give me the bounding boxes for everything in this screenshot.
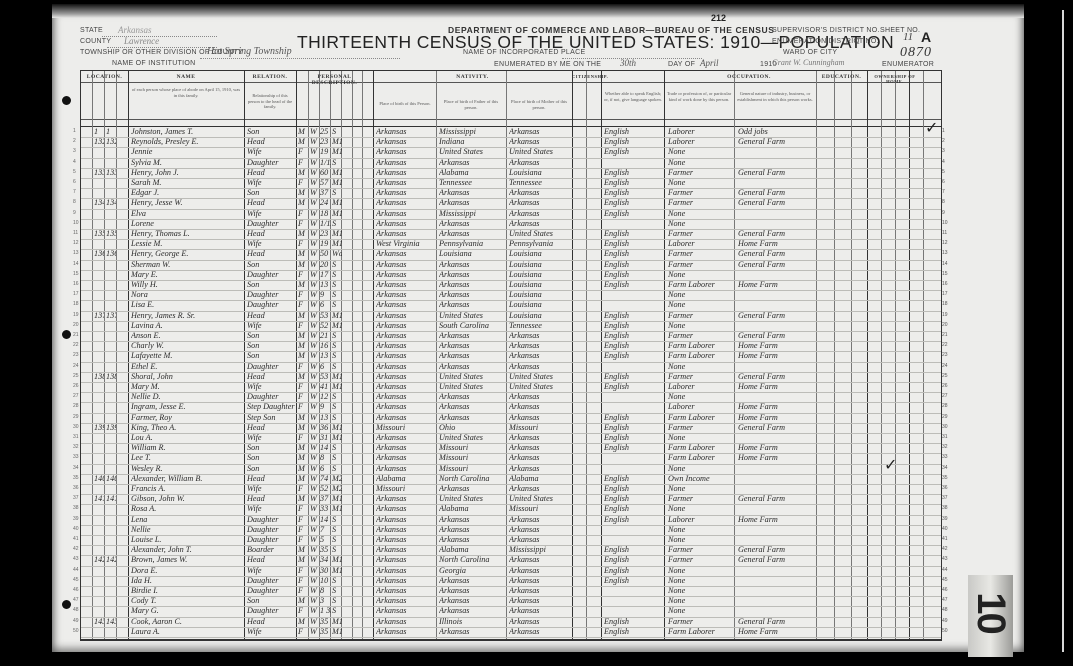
cell-bm: Arkansas <box>509 362 571 372</box>
line-number: 6 <box>73 179 76 185</box>
cell-b: Arkansas <box>376 351 435 361</box>
cell-age: 12 <box>320 392 331 402</box>
line-number: 39 <box>942 516 948 522</box>
cell-lang: English <box>604 443 662 453</box>
line-number: 46 <box>73 587 79 593</box>
cell-ms: S <box>332 219 342 229</box>
cell-age: 37 <box>320 188 331 198</box>
cell-b: Arkansas <box>376 198 435 208</box>
cell-occ: Farmer <box>668 331 732 341</box>
cell-age: 25 <box>320 127 331 137</box>
line-number: 12 <box>73 240 79 246</box>
page-number: 212 <box>711 13 726 23</box>
cell-age: 8 <box>320 453 331 463</box>
cell-race: W <box>310 229 319 239</box>
cell-lang <box>604 464 662 474</box>
cell-sex: F <box>298 209 308 219</box>
cell-b: Arkansas <box>376 566 435 576</box>
cell-dw <box>94 260 104 270</box>
cell-dw <box>94 290 104 300</box>
cell-bf: Tennessee <box>439 178 505 188</box>
cell-name: Louise L. <box>131 535 243 545</box>
cell-name: Mary G. <box>131 606 243 616</box>
cell-race: W <box>310 198 319 208</box>
cell-fam <box>106 464 116 474</box>
cell-bf: Arkansas <box>439 525 505 535</box>
cell-rel: Daughter <box>247 290 295 300</box>
sheet-letter: A <box>921 29 931 45</box>
cell-age: 52 <box>320 484 331 494</box>
cell-ms: S <box>332 290 342 300</box>
cell-ms: M1 <box>332 311 342 321</box>
cell-b: Arkansas <box>376 362 435 372</box>
cell-b: Arkansas <box>376 504 435 514</box>
cell-b: Arkansas <box>376 219 435 229</box>
state-value: Arkansas <box>118 25 152 35</box>
cell-name: Henry, John J. <box>131 168 243 178</box>
cell-ms: M1 <box>332 147 342 157</box>
cell-ind: General Farm <box>738 423 814 433</box>
cell-name: Dora E. <box>131 566 243 576</box>
cell-fam <box>106 443 116 453</box>
cell-sex: M <box>298 474 308 484</box>
line-number: 2 <box>942 138 945 144</box>
cell-bm: Arkansas <box>509 443 571 453</box>
cell-b: Arkansas <box>376 382 435 392</box>
cell-ms: S <box>332 351 342 361</box>
section-citizenship: CITIZENSHIP. <box>572 74 601 79</box>
cell-dw: 140 <box>94 474 104 484</box>
cell-name: Lee T. <box>131 453 243 463</box>
cell-rel: Son <box>247 331 295 341</box>
cell-bf: Alabama <box>439 504 505 514</box>
cell-bm: Arkansas <box>509 464 571 474</box>
cell-occ: None <box>668 525 732 535</box>
cell-occ: Farm Laborer <box>668 341 732 351</box>
line-number: 42 <box>942 546 948 552</box>
cell-bf: Arkansas <box>439 219 505 229</box>
line-number: 13 <box>942 250 948 256</box>
cell-occ: None <box>668 392 732 402</box>
cell-age: 13 <box>320 280 331 290</box>
cell-dw <box>94 178 104 188</box>
cell-bf: Pennsylvania <box>439 239 505 249</box>
cell-dw <box>94 188 104 198</box>
cell-sex: M <box>298 545 308 555</box>
cell-bf: Ohio <box>439 423 505 433</box>
line-number: 13 <box>73 250 79 256</box>
cell-bf: Georgia <box>439 566 505 576</box>
cell-name: Alexander, John T. <box>131 545 243 555</box>
cell-race: W <box>310 321 319 331</box>
cell-ms: M2 <box>332 484 342 494</box>
cell-dw <box>94 525 104 535</box>
cell-b: Arkansas <box>376 260 435 270</box>
cell-b: Arkansas <box>376 168 435 178</box>
cell-dw: 143 <box>94 617 104 627</box>
cell-age: 57 <box>320 178 331 188</box>
cell-name: Cook, Aaron C. <box>131 617 243 627</box>
cell-dw <box>94 576 104 586</box>
line-number: 18 <box>73 301 79 307</box>
cell-ind: General Farm <box>738 198 814 208</box>
cell-lang <box>604 525 662 535</box>
section-occupation: OCCUPATION. <box>664 74 834 80</box>
cell-bf: North Carolina <box>439 555 505 565</box>
cell-ms: M1 <box>332 423 342 433</box>
cell-rel: Daughter <box>247 270 295 280</box>
cell-age: 35 <box>320 545 331 555</box>
cell-rel: Son <box>247 341 295 351</box>
cell-b: Arkansas <box>376 525 435 535</box>
line-number: 24 <box>73 363 79 369</box>
cell-sex: F <box>298 566 308 576</box>
cell-age: 5 <box>320 535 331 545</box>
cell-bm: Tennessee <box>509 321 571 331</box>
cell-ind: Home Farm <box>738 627 814 637</box>
cell-name: Lena <box>131 515 243 525</box>
cell-race: W <box>310 158 319 168</box>
cell-bf: Arkansas <box>439 188 505 198</box>
cell-bm: United States <box>509 494 571 504</box>
cell-rel: Head <box>247 494 295 504</box>
cell-age: 7 <box>320 525 331 535</box>
cell-name: Cody T. <box>131 596 243 606</box>
cell-bm: Arkansas <box>509 341 571 351</box>
cell-ms: M1 <box>332 382 342 392</box>
line-number: 49 <box>73 618 79 624</box>
cell-rel: Head <box>247 617 295 627</box>
cell-fam: 139 <box>106 423 116 433</box>
cell-race: W <box>310 137 319 147</box>
line-number: 25 <box>942 373 948 379</box>
cell-rel: Head <box>247 198 295 208</box>
cell-race: W <box>310 382 319 392</box>
cell-bm: Arkansas <box>509 586 571 596</box>
cell-name: Wesley R. <box>131 464 243 474</box>
cell-fam <box>106 260 116 270</box>
cell-rel: Son <box>247 280 295 290</box>
cell-bm: Arkansas <box>509 351 571 361</box>
cell-sex: M <box>298 453 308 463</box>
cell-bf: Arkansas <box>439 484 505 494</box>
line-number: 32 <box>942 444 948 450</box>
line-number: 10 <box>942 220 948 226</box>
cell-bf: Missouri <box>439 443 505 453</box>
line-number: 25 <box>73 373 79 379</box>
binder-hole <box>62 330 71 339</box>
cell-rel: Daughter <box>247 606 295 616</box>
cell-bf: Arkansas <box>439 229 505 239</box>
line-number: 20 <box>73 322 79 328</box>
cell-ind: General Farm <box>738 137 814 147</box>
cell-bf: Arkansas <box>439 627 505 637</box>
line-number: 11 <box>73 230 78 236</box>
cell-dw: 1 <box>94 127 104 137</box>
cell-rel: Daughter <box>247 392 295 402</box>
cell-age: 36 <box>320 423 331 433</box>
cell-lang: English <box>604 209 662 219</box>
cell-ind <box>738 586 814 596</box>
cell-b: Arkansas <box>376 606 435 616</box>
cell-dw <box>94 413 104 423</box>
cell-b: Arkansas <box>376 586 435 596</box>
cell-sex: M <box>298 596 308 606</box>
cell-bf: Arkansas <box>439 586 505 596</box>
cell-name: Mary E. <box>131 270 243 280</box>
cell-sex: F <box>298 321 308 331</box>
cell-rel: Son <box>247 453 295 463</box>
line-number: 42 <box>73 546 79 552</box>
cell-ind: Home Farm <box>738 453 814 463</box>
cell-occ: None <box>668 586 732 596</box>
cell-bm: Arkansas <box>509 219 571 229</box>
cell-fam <box>106 525 116 535</box>
cell-lang: English <box>604 147 662 157</box>
cell-ms: M1 <box>332 555 342 565</box>
cell-sex: F <box>298 627 308 637</box>
cell-sex: M <box>298 137 308 147</box>
cell-lang <box>604 453 662 463</box>
cell-rel: Son <box>247 260 295 270</box>
cell-occ: Farm Laborer <box>668 413 732 423</box>
cell-sex: M <box>298 249 308 259</box>
cell-name: Henry, George E. <box>131 249 243 259</box>
cell-race: W <box>310 433 319 443</box>
cell-b: Arkansas <box>376 555 435 565</box>
cell-age: 53 <box>320 372 331 382</box>
line-number: 38 <box>942 505 948 511</box>
cell-occ: Farm Laborer <box>668 280 732 290</box>
cell-sex: M <box>298 555 308 565</box>
cell-age: 52 <box>320 321 331 331</box>
cell-age: 6 <box>320 300 331 310</box>
cell-sex: F <box>298 178 308 188</box>
line-number: 46 <box>942 587 948 593</box>
cell-fam <box>106 188 116 198</box>
population-schedule-table: LOCATION. NAME RELATION. PERSONAL DESCRI… <box>80 70 942 641</box>
cell-fam: 1 <box>106 127 116 137</box>
cell-ind: General Farm <box>738 494 814 504</box>
cell-race: W <box>310 555 319 565</box>
cell-sex: M <box>298 372 308 382</box>
line-number: 33 <box>73 454 79 460</box>
cell-lang: English <box>604 555 662 565</box>
film-edge-line <box>1062 10 1064 660</box>
cell-age: 23 <box>320 229 331 239</box>
cell-bm: Arkansas <box>509 576 571 586</box>
enumeration-district-value: 1 <box>856 36 861 46</box>
cell-ind <box>738 566 814 576</box>
cell-lang: English <box>604 566 662 576</box>
cell-bm: Louisiana <box>509 168 571 178</box>
line-number: 19 <box>73 312 79 318</box>
cell-ind: General Farm <box>738 617 814 627</box>
cell-name: Laura A. <box>131 627 243 637</box>
sheet-number: 11 <box>903 31 913 43</box>
cell-ind <box>738 362 814 372</box>
cell-rel: Daughter <box>247 300 295 310</box>
cell-lang: English <box>604 474 662 484</box>
cell-dw <box>94 545 104 555</box>
cell-bm: Pennsylvania <box>509 239 571 249</box>
cell-ind <box>738 596 814 606</box>
cell-race: W <box>310 535 319 545</box>
cell-age: 33 <box>320 504 331 514</box>
cell-ms: M2 <box>332 474 342 484</box>
line-number: 39 <box>73 516 79 522</box>
cell-ind: General Farm <box>738 372 814 382</box>
cell-fam: 134 <box>106 198 116 208</box>
cell-ind <box>738 433 814 443</box>
cell-dw <box>94 239 104 249</box>
cell-occ: None <box>668 219 732 229</box>
cell-sex: F <box>298 433 308 443</box>
cell-rel: Daughter <box>247 158 295 168</box>
cell-b: Arkansas <box>376 249 435 259</box>
cell-ms: S <box>332 586 342 596</box>
cell-name: Farmer, Roy <box>131 413 243 423</box>
cell-ms: M1 <box>332 372 342 382</box>
cell-name: Gibson, John W. <box>131 494 243 504</box>
cell-rel: Daughter <box>247 586 295 596</box>
cell-lang: English <box>604 617 662 627</box>
cell-rel: Head <box>247 474 295 484</box>
cell-race: W <box>310 209 319 219</box>
cell-sex: F <box>298 606 308 616</box>
line-number: 31 <box>942 434 948 440</box>
cell-dw <box>94 443 104 453</box>
cell-ms: S <box>332 413 342 423</box>
line-number: 12 <box>942 240 948 246</box>
cell-lang: English <box>604 494 662 504</box>
line-number: 37 <box>942 495 948 501</box>
cell-dw <box>94 300 104 310</box>
cell-age: 24 <box>320 198 331 208</box>
cell-occ: None <box>668 484 732 494</box>
cell-lang: English <box>604 127 662 137</box>
cell-lang <box>604 219 662 229</box>
line-number: 35 <box>942 475 948 481</box>
cell-sex: M <box>298 617 308 627</box>
cell-fam <box>106 331 116 341</box>
cell-rel: Boarder <box>247 545 295 555</box>
cell-dw: 136 <box>94 249 104 259</box>
line-number: 29 <box>942 414 948 420</box>
cell-lang: English <box>604 627 662 637</box>
cell-lang <box>604 300 662 310</box>
cell-dw <box>94 606 104 616</box>
cell-dw <box>94 453 104 463</box>
cell-bf: Indiana <box>439 137 505 147</box>
section-nativity: NATIVITY. <box>373 74 572 80</box>
cell-lang: English <box>604 249 662 259</box>
cell-rel: Wife <box>247 566 295 576</box>
cell-name: Lessie M. <box>131 239 243 249</box>
cell-ms: S <box>332 515 342 525</box>
cell-fam <box>106 576 116 586</box>
cell-lang <box>604 535 662 545</box>
cell-bf: Arkansas <box>439 270 505 280</box>
cell-bm: Arkansas <box>509 515 571 525</box>
cell-ind <box>738 321 814 331</box>
cell-fam <box>106 433 116 443</box>
cell-ms: S <box>332 535 342 545</box>
cell-dw <box>94 270 104 280</box>
cell-occ: None <box>668 362 732 372</box>
cell-sex: M <box>298 331 308 341</box>
cell-bf: Arkansas <box>439 260 505 270</box>
binder-hole <box>62 96 71 105</box>
cell-age: 1/12 <box>320 219 331 229</box>
cell-bm: Louisiana <box>509 300 571 310</box>
cell-lang: English <box>604 239 662 249</box>
cell-ind: Home Farm <box>738 382 814 392</box>
cell-ind: General Farm <box>738 331 814 341</box>
cell-fam <box>106 515 116 525</box>
line-number: 9 <box>942 210 945 216</box>
line-number: 44 <box>942 567 948 573</box>
cell-race: W <box>310 525 319 535</box>
cell-occ: None <box>668 178 732 188</box>
enumerator-label: ENUMERATOR <box>882 61 934 68</box>
cell-lang: English <box>604 484 662 494</box>
cell-occ: Farmer <box>668 188 732 198</box>
line-number: 28 <box>73 403 79 409</box>
cell-race: W <box>310 606 319 616</box>
line-number: 7 <box>73 189 76 195</box>
cell-bf: South Carolina <box>439 321 505 331</box>
cell-dw <box>94 280 104 290</box>
cell-occ: None <box>668 566 732 576</box>
cell-dw <box>94 515 104 525</box>
cell-bf: Arkansas <box>439 535 505 545</box>
cell-occ: Farmer <box>668 260 732 270</box>
cell-bf: Arkansas <box>439 596 505 606</box>
cell-ind <box>738 147 814 157</box>
cell-lang <box>604 402 662 412</box>
cell-rel: Daughter <box>247 362 295 372</box>
cell-occ: None <box>668 464 732 474</box>
cell-dw: 135 <box>94 229 104 239</box>
cell-ms: S <box>332 280 342 290</box>
cell-dw <box>94 341 104 351</box>
line-number: 43 <box>73 556 79 562</box>
cell-rel: Son <box>247 596 295 606</box>
cell-sex: F <box>298 147 308 157</box>
cell-race: W <box>310 290 319 300</box>
cell-rel: Head <box>247 555 295 565</box>
cell-ms: S <box>332 402 342 412</box>
cell-name: Henry, Thomas L. <box>131 229 243 239</box>
cell-race: W <box>310 596 319 606</box>
cell-ind: General Farm <box>738 311 814 321</box>
cell-lang: English <box>604 178 662 188</box>
cell-lang: English <box>604 321 662 331</box>
cell-bf: United States <box>439 433 505 443</box>
line-number: 15 <box>73 271 79 277</box>
cell-bf: Arkansas <box>439 392 505 402</box>
cell-bm: Arkansas <box>509 617 571 627</box>
cell-ind <box>738 392 814 402</box>
cell-dw: 141 <box>94 494 104 504</box>
line-number: 47 <box>942 597 948 603</box>
cell-age: 23 <box>320 137 331 147</box>
enumerator-name: Grant W. Cunningham <box>772 58 844 67</box>
cell-ms: S <box>332 525 342 535</box>
cell-bf: United States <box>439 372 505 382</box>
cell-b: Arkansas <box>376 311 435 321</box>
